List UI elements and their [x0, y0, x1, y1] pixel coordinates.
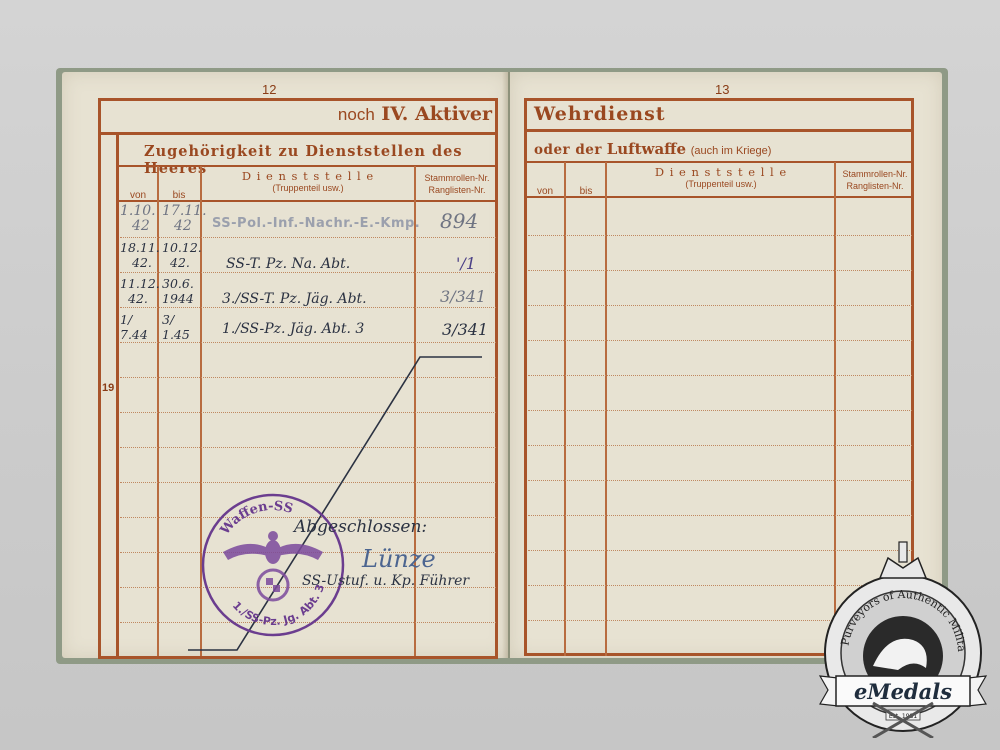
waffen-ss-stamp: Waffen-SS 1./SS-Pz. Jg. Abt. 3 — [198, 490, 348, 640]
closing-label: Abgeschlossen: — [294, 520, 427, 535]
section-suffix: (auch im Kriege) — [691, 145, 772, 157]
row-sep — [528, 445, 912, 446]
right-heading-divider — [524, 129, 914, 132]
right-col-stammrollen: Stammrollen-Nr. Ranglisten-Nr. — [836, 168, 914, 192]
emedals-watermark-logo: Purveyors of Authentic Militaria eMedals… — [818, 538, 988, 738]
logo-brand: eMedals — [854, 679, 952, 704]
right-section-title: oder der Luftwaffe (auch im Kriege) — [534, 140, 771, 158]
left-page: 12 noch IV. Aktiver 19 Zugehörigkeit zu … — [62, 72, 508, 658]
right-section-divider — [524, 161, 914, 163]
row-sep — [528, 480, 912, 481]
right-header-bottom-divider — [526, 196, 914, 198]
right-col-stammrollen-2: Ranglisten-Nr. — [836, 180, 914, 192]
right-col-dienststelle-sub: (Truppenteil usw.) — [608, 178, 834, 190]
right-col-dienststelle: D i e n s t s t e l l e (Truppenteil usw… — [608, 166, 834, 190]
section-main: Luftwaffe — [607, 140, 686, 158]
row-sep — [528, 270, 912, 271]
right-col-stammrollen-1: Stammrollen-Nr. — [836, 168, 914, 180]
right-col-line-1 — [564, 162, 566, 656]
svg-text:Waffen-SS: Waffen-SS — [217, 499, 294, 539]
right-heading: Wehrdienst — [534, 103, 666, 125]
row-sep — [528, 375, 912, 376]
signatory-rank: SS-Ustuf. u. Kp. Führer — [302, 574, 469, 589]
row-sep — [528, 235, 912, 236]
row-sep — [528, 340, 912, 341]
row-sep — [528, 515, 912, 516]
section-prefix: oder der — [534, 142, 602, 158]
page-number-right: 13 — [715, 82, 729, 97]
row-sep — [528, 305, 912, 306]
right-col-dienststelle-title: D i e n s t s t e l l e — [608, 166, 834, 178]
stamp-top-text: Waffen-SS — [217, 499, 294, 539]
signature: Lünze — [362, 546, 436, 572]
row-sep — [528, 410, 912, 411]
right-col-line-2 — [605, 162, 607, 656]
